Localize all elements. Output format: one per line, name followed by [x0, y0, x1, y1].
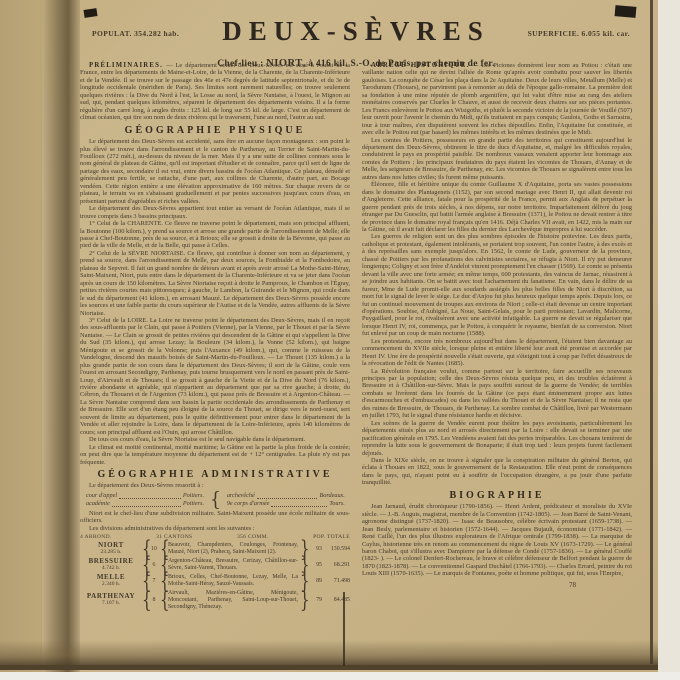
paragraph: Éléonore, fille et héritière unique du c…	[362, 181, 632, 233]
ressort-item: 9e corps d'arméeTours.	[227, 500, 345, 508]
section-heading-biographie: BIOGRAPHIE	[362, 492, 632, 499]
ressort-label: 9e corps d'armée	[227, 500, 270, 508]
dotted-leader	[271, 506, 327, 507]
page-number: 78	[362, 582, 632, 589]
two-column-text: PRÉLIMINAIRES. — Le département actuel d…	[80, 62, 632, 662]
paragraph: Le département des Deux-Sèvres est accid…	[80, 138, 350, 205]
preliminaires-label: PRÉLIMINAIRES.	[89, 62, 163, 69]
paragraph: Les scènes de la guerre de Vendée eurent…	[362, 420, 632, 457]
cantons-list: Argenton-Château, Bressuire, Cerizay, Ch…	[166, 558, 300, 572]
arrondissement-cell: PARTHENAY7.107 h.	[80, 593, 142, 607]
col-header-arrond: 4 ARROND.	[80, 534, 112, 541]
arrondissement-name: PARTHENAY	[80, 593, 142, 600]
page-left-margin-shade	[0, 0, 42, 672]
scan-bottom-margin	[0, 672, 680, 680]
dotted-leader	[257, 498, 318, 499]
arrondissement-cell: BRESSUIRE4.742 h.	[80, 558, 142, 572]
right-column: ABRÉGÉ HISTORIQUE. — Les Pictones donnèr…	[362, 62, 632, 662]
paragraph: Les guerres de religion sont un des plus…	[362, 233, 632, 337]
paragraph: Le département des Deux-Sèvres appartien…	[80, 205, 350, 220]
arrondissement-pop: 7.107 h.	[80, 600, 142, 607]
section-heading-geographie-physique: GÉOGRAPHIE PHYSIQUE	[80, 127, 350, 134]
population-value: 84.485	[322, 597, 350, 604]
arrondissement-name: BRESSUIRE	[80, 558, 142, 565]
paragraph: 3° Celui de la LOIRE. La Loire ne traver…	[80, 317, 350, 436]
ressort-label: académie	[86, 500, 110, 508]
population-value: 130.594	[322, 546, 350, 553]
dotted-leader	[119, 498, 181, 499]
biographie-text: Jean Jarnaud, érudit chroniqueur (1790-1…	[362, 503, 632, 578]
admin-divisions-table: 4 ARROND. 31 CANTONS 356 COMM. POP. TOTA…	[80, 534, 350, 610]
paragraph: Les protestants, encore très nombreux au…	[362, 338, 632, 368]
arrondissement-pop: 4.742 h.	[80, 565, 142, 572]
arrondissement-pop: 2.340 h.	[80, 581, 142, 588]
section-heading-geographie-administrative: GÉOGRAPHIE ADMINISTRATIVE	[80, 471, 350, 478]
page-left-shadow	[40, 0, 80, 672]
abrege-label: ABRÉGÉ HISTORIQUE.	[371, 62, 470, 69]
ressort-item: cour d'appelPoitiers.	[86, 492, 204, 500]
brace-divider: {	[210, 495, 221, 504]
paragraph: La Révolution française voulut, comme pa…	[362, 368, 632, 420]
abrege-text: — Les Pictones donnèrent leur nom au Poi…	[362, 62, 632, 136]
ressort-value: Poitiers.	[183, 492, 204, 500]
arrondissement-pop: 23.285 h.	[80, 549, 142, 556]
ressort-left: cour d'appelPoitiers. académiePoitiers.	[86, 492, 204, 508]
ressort-label: cour d'appel	[86, 492, 117, 500]
page-crease-line	[343, 592, 345, 666]
ressort-item: archevêchéBordeaux.	[227, 492, 345, 500]
table-row: PARTHENAY7.107 h. { 8 { Airvault, Mazièr…	[80, 590, 350, 610]
ressort-value: Tours.	[329, 500, 344, 508]
table-intro: Les divisions administratives du départe…	[80, 525, 350, 532]
ressort-value: Poitiers.	[183, 500, 204, 508]
arrondissement-cell: NIORT23.285 h.	[80, 542, 142, 556]
page-background: POPULAT. 354.282 hab. DEUX-SÈVRES SUPERF…	[0, 0, 658, 672]
ressort-item: académiePoitiers.	[86, 500, 204, 508]
brace: {	[142, 576, 148, 586]
ressort-label: archevêché	[227, 492, 255, 500]
military-note: Niort est le chef-lieu d'une subdivision…	[80, 510, 350, 525]
ressort-value: Bordeaux.	[319, 492, 344, 500]
page-right-edge	[650, 0, 653, 664]
cantons-list: Airvault, Mazières-en-Gâtine, Ménigoute,…	[166, 590, 300, 610]
paragraph: De tous ces cours d'eau, la Sèvre Niorta…	[80, 436, 350, 443]
page-bottom-shadow	[0, 640, 658, 666]
superficie-stat: SUPERFICIE. 6.055 kil. car.	[528, 29, 630, 38]
col-header-population: POP. TOTALE	[313, 534, 350, 541]
ressort-list: cour d'appelPoitiers. académiePoitiers. …	[86, 492, 350, 508]
ressort-right: archevêchéBordeaux. 9e corps d'arméeTour…	[227, 492, 345, 508]
preliminaires-text: — Le département actuel des Deux-Sèvres …	[80, 62, 350, 121]
brace: }	[300, 576, 306, 586]
paragraph: Les comtes de Poitiers, possesseurs en g…	[362, 137, 632, 182]
scanned-page-view: POPULAT. 354.282 hab. DEUX-SÈVRES SUPERF…	[0, 0, 680, 680]
arrondissement-name: MELLE	[80, 574, 142, 581]
scan-right-margin	[658, 0, 680, 680]
paragraph: Le climat est moitié continental, moitié…	[80, 444, 350, 466]
paragraph: 1° Celui de la CHARENTE. Ce fleuve ne tr…	[80, 220, 350, 250]
page-bottom-edge	[0, 665, 658, 670]
dotted-leader	[112, 506, 181, 507]
brace: {	[142, 595, 148, 605]
left-column: PRÉLIMINAIRES. — Le département actuel d…	[80, 62, 350, 662]
abrege-paragraph: ABRÉGÉ HISTORIQUE. — Les Pictones donnèr…	[362, 62, 632, 137]
paragraph: 2° Celui de la SÈVRE NIORTAISE. Ce fleuv…	[80, 250, 350, 317]
preliminaires-paragraph: PRÉLIMINAIRES. — Le département actuel d…	[80, 62, 350, 122]
population-value: 68.291	[322, 562, 350, 569]
arrondissement-cell: MELLE2.340 h.	[80, 574, 142, 588]
brace: }	[300, 595, 306, 605]
arrondissement-name: NIORT	[80, 542, 142, 549]
paragraph: Dans le XIXe siècle, on ne trouve à sign…	[362, 457, 632, 487]
population-value: 71.498	[322, 578, 350, 585]
col-header-communes: 356 COMM.	[237, 534, 269, 541]
brace: {	[160, 576, 166, 586]
corner-mark-top-right	[615, 5, 637, 18]
cantons-list: Brioux, Celles, Chef-Boutonne, Lezay, Me…	[166, 574, 300, 588]
cantons-list: Beauvoir, Champdeniers, Coulonges, Front…	[166, 542, 300, 556]
brace: {	[160, 595, 166, 605]
